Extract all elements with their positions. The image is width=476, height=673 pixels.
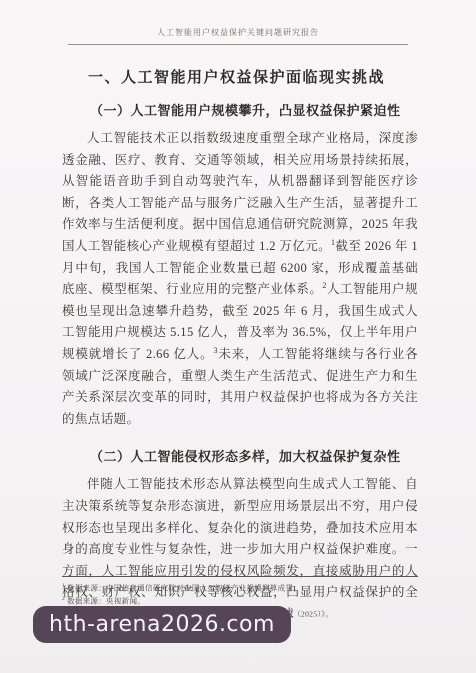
document-page: 人工智能用户权益保护关键问题研究报告 一、人工智能用户权益保护面临现实挑战 （一… xyxy=(0,0,476,673)
subsection-1-title: （一）人工智能用户规模攀升，凸显权益保护紧迫性 xyxy=(90,100,418,119)
paragraph-1-seg-1: 人工智能技术正以指数级速度重塑全球产业格局，深度渗透金融、医疗、教育、交通等领域… xyxy=(62,131,418,253)
footnote-1-text: 数据来源：中国信息通信研究院对中国人工智能产业规模测算成果。 xyxy=(67,584,301,593)
footnote-2-marker: 2 xyxy=(62,596,65,602)
running-header: 人工智能用户权益保护关键问题研究报告 xyxy=(0,27,476,38)
footnote-2-text: 数据来源：央视新闻。 xyxy=(67,597,145,606)
paragraph-1: 人工智能技术正以指数级速度重塑全球产业格局，深度渗透金融、医疗、教育、交通等领域… xyxy=(62,128,418,430)
document-body: 一、人工智能用户权益保护面临现实挑战 （一）人工智能用户规模攀升，凸显权益保护紧… xyxy=(0,66,476,625)
subsection-2-title: （二）人工智能侵权形态多样，加大权益保护复杂性 xyxy=(90,446,418,465)
watermark-badge: hth-arena2026.com xyxy=(33,606,291,643)
header-rule xyxy=(68,44,408,45)
footnote-1-marker: 1 xyxy=(62,583,65,589)
section-title: 一、人工智能用户权益保护面临现实挑战 xyxy=(88,66,418,87)
footnote-1: 1数据来源：中国信息通信研究院对中国人工智能产业规模测算成果。 xyxy=(62,581,418,594)
